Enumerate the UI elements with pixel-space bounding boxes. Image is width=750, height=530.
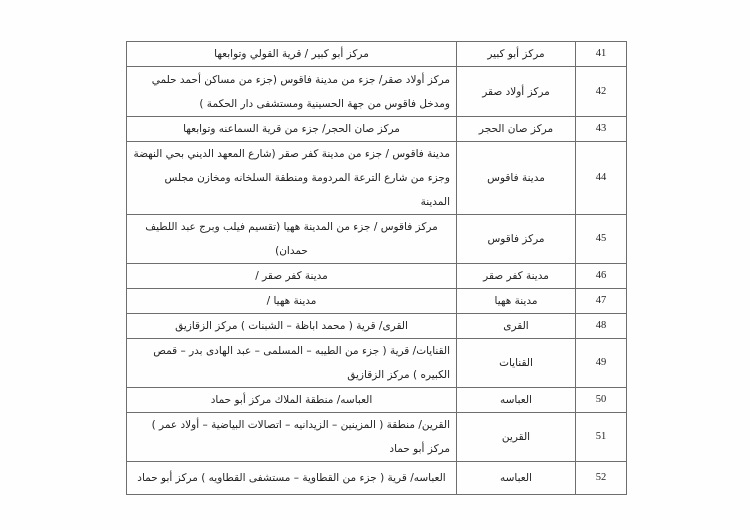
row-number-cell: 47 (576, 289, 627, 314)
table-row: 47مدينة ههيامدينة ههيا / (127, 289, 627, 314)
row-number-cell: 48 (576, 314, 627, 339)
row-number-cell: 51 (576, 413, 627, 462)
row-number-cell: 44 (576, 142, 627, 215)
row-number-cell: 42 (576, 67, 627, 117)
area-name-cell: القرين (457, 413, 576, 462)
table-row: 46مدينة كفر صقرمدينة كفر صقر / (127, 264, 627, 289)
area-name-cell: مدينة فاقوس (457, 142, 576, 215)
table-row: 52العباسهالعباسه/ قرية ( جزء من القطاوية… (127, 462, 627, 495)
area-name-cell: العباسه (457, 462, 576, 495)
table-row: 41مركز أبو كبيرمركز أبو كبير / قرية القو… (127, 42, 627, 67)
description-cell: مدينة كفر صقر / (127, 264, 457, 289)
table-row: 42مركز أولاد صقرمركز أولاد صقر/ جزء من م… (127, 67, 627, 117)
description-cell: مركز أبو كبير / قرية القولي وتوابعها (127, 42, 457, 67)
table-row: 48القرىالقرى/ قرية ( محمد اباظة – الشبنا… (127, 314, 627, 339)
description-cell: القنايات/ قرية ( جزء من الطيبه – المسلمى… (127, 339, 457, 388)
row-number-cell: 50 (576, 388, 627, 413)
area-name-cell: مركز صان الحجر (457, 117, 576, 142)
regions-table: 41مركز أبو كبيرمركز أبو كبير / قرية القو… (126, 41, 627, 495)
description-cell: مدينة ههيا / (127, 289, 457, 314)
description-cell: مدينة فاقوس / جزء من مدينة كفر صقر (شارع… (127, 142, 457, 215)
table-row: 44مدينة فاقوسمدينة فاقوس / جزء من مدينة … (127, 142, 627, 215)
area-name-cell: مركز فاقوس (457, 215, 576, 264)
table-row: 43مركز صان الحجرمركز صان الحجر/ جزء من ق… (127, 117, 627, 142)
table-row: 50العباسهالعباسه/ منطقة الملاك مركز أبو … (127, 388, 627, 413)
table-row: 49القناياتالقنايات/ قرية ( جزء من الطيبه… (127, 339, 627, 388)
document-page: 41مركز أبو كبيرمركز أبو كبير / قرية القو… (0, 0, 750, 530)
row-number-cell: 45 (576, 215, 627, 264)
row-number-cell: 41 (576, 42, 627, 67)
area-name-cell: مركز أولاد صقر (457, 67, 576, 117)
area-name-cell: مدينة ههيا (457, 289, 576, 314)
description-cell: مركز فاقوس / جزء من المدينة ههيا (تقسيم … (127, 215, 457, 264)
table-row: 51القرينالقرين/ منطقة ( المزينين – الزيد… (127, 413, 627, 462)
description-cell: العباسه/ منطقة الملاك مركز أبو حماد (127, 388, 457, 413)
description-cell: القرين/ منطقة ( المزينين – الزيدانيه – ا… (127, 413, 457, 462)
row-number-cell: 46 (576, 264, 627, 289)
row-number-cell: 43 (576, 117, 627, 142)
row-number-cell: 52 (576, 462, 627, 495)
area-name-cell: القنايات (457, 339, 576, 388)
row-number-cell: 49 (576, 339, 627, 388)
table-row: 45مركز فاقوسمركز فاقوس / جزء من المدينة … (127, 215, 627, 264)
area-name-cell: مركز أبو كبير (457, 42, 576, 67)
description-cell: مركز صان الحجر/ جزء من قرية السماعنه وتو… (127, 117, 457, 142)
description-cell: العباسه/ قرية ( جزء من القطاوية – مستشفى… (127, 462, 457, 495)
area-name-cell: مدينة كفر صقر (457, 264, 576, 289)
description-cell: مركز أولاد صقر/ جزء من مدينة فاقوس (جزء … (127, 67, 457, 117)
area-name-cell: القرى (457, 314, 576, 339)
area-name-cell: العباسه (457, 388, 576, 413)
description-cell: القرى/ قرية ( محمد اباظة – الشبنات ) مرك… (127, 314, 457, 339)
